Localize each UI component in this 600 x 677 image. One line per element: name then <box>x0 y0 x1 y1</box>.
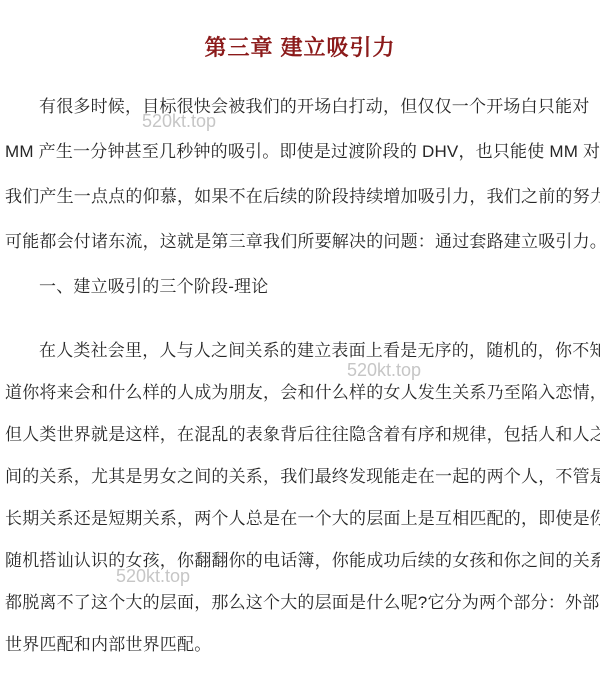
chapter-title: 第三章 建立吸引力 <box>0 31 600 62</box>
document-page: 520kt.top 520kt.top 520kt.top 第三章 建立吸引力 … <box>0 0 600 677</box>
paragraph-line: MM 产生一分钟甚至几秒钟的吸引。即使是过渡阶段的 DHV，也只能使 MM 对 <box>5 129 593 174</box>
paragraph-line: 我们产生一点点的仰慕，如果不在后续的阶段持续增加吸引力，我们之前的努力 <box>5 174 593 219</box>
paragraph-line: 可能都会付诸东流，这就是第三章我们所要解决的问题：通过套路建立吸引力。 <box>5 219 593 264</box>
paragraph-1: 有很多时候，目标很快会被我们的开场白打动，但仅仅一个开场白只能对 MM 产生一分… <box>5 84 593 264</box>
paragraph-line: 但人类世界就是这样，在混乱的表象背后往往隐含着有序和规律，包括人和人之 <box>5 414 593 456</box>
paragraph-line: 间的关系，尤其是男女之间的关系，我们最终发现能走在一起的两个人，不管是 <box>5 456 593 498</box>
paragraph-line: 道你将来会和什么样的人成为朋友，会和什么样的女人发生关系乃至陷入恋情， <box>5 372 593 414</box>
section-heading: 一、建立吸引的三个阶段-理论 <box>5 264 268 309</box>
paragraph-line: 在人类社会里，人与人之间关系的建立表面上看是无序的，随机的，你不知 <box>5 330 593 372</box>
paragraph-line: 都脱离不了这个大的层面，那么这个大的层面是什么呢?它分为两个部分：外部 <box>5 582 593 624</box>
paragraph-line: 随机搭讪认识的女孩，你翻翻你的电话簿，你能成功后续的女孩和你之间的关系 <box>5 540 593 582</box>
paragraph-line: 世界匹配和内部世界匹配。 <box>5 624 593 666</box>
paragraph-line: 有很多时候，目标很快会被我们的开场白打动，但仅仅一个开场白只能对 <box>5 84 593 129</box>
paragraph-line: 长期关系还是短期关系，两个人总是在一个大的层面上是互相匹配的，即使是你 <box>5 498 593 540</box>
paragraph-2: 在人类社会里，人与人之间关系的建立表面上看是无序的，随机的，你不知 道你将来会和… <box>5 330 593 666</box>
